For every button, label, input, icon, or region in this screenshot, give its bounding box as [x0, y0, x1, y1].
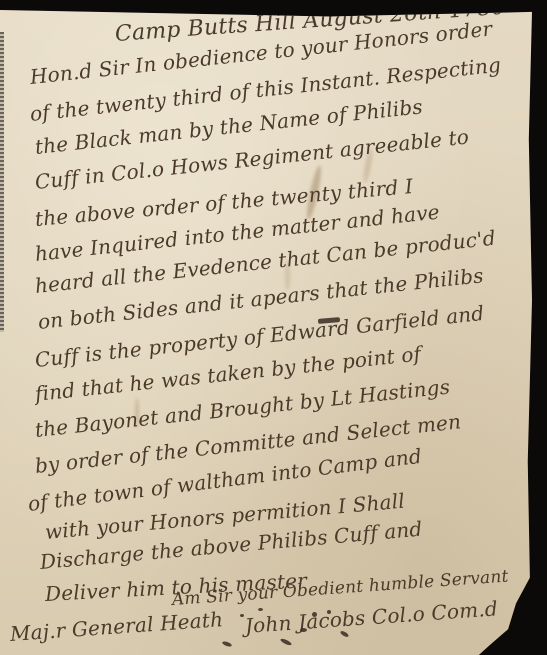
- ink-blot: [222, 640, 233, 647]
- ink-blot: [340, 630, 350, 638]
- scan-background: Camp Butts Hill August 26th 1780 Hon.d S…: [0, 0, 547, 655]
- letter-addressee: Maj.r General Heath: [9, 607, 224, 646]
- ink-blot: [240, 614, 244, 617]
- ink-blot: [300, 628, 307, 632]
- ink-blot: [312, 612, 317, 617]
- letter-paper: Camp Butts Hill August 26th 1780 Hon.d S…: [0, 10, 532, 655]
- ink-blot: [280, 638, 293, 647]
- ink-blot: [327, 610, 331, 614]
- letter-signature: John Jacobs Col.o Com.d: [244, 596, 498, 638]
- ink-blot: [258, 608, 263, 611]
- ruler-strip: [0, 32, 4, 332]
